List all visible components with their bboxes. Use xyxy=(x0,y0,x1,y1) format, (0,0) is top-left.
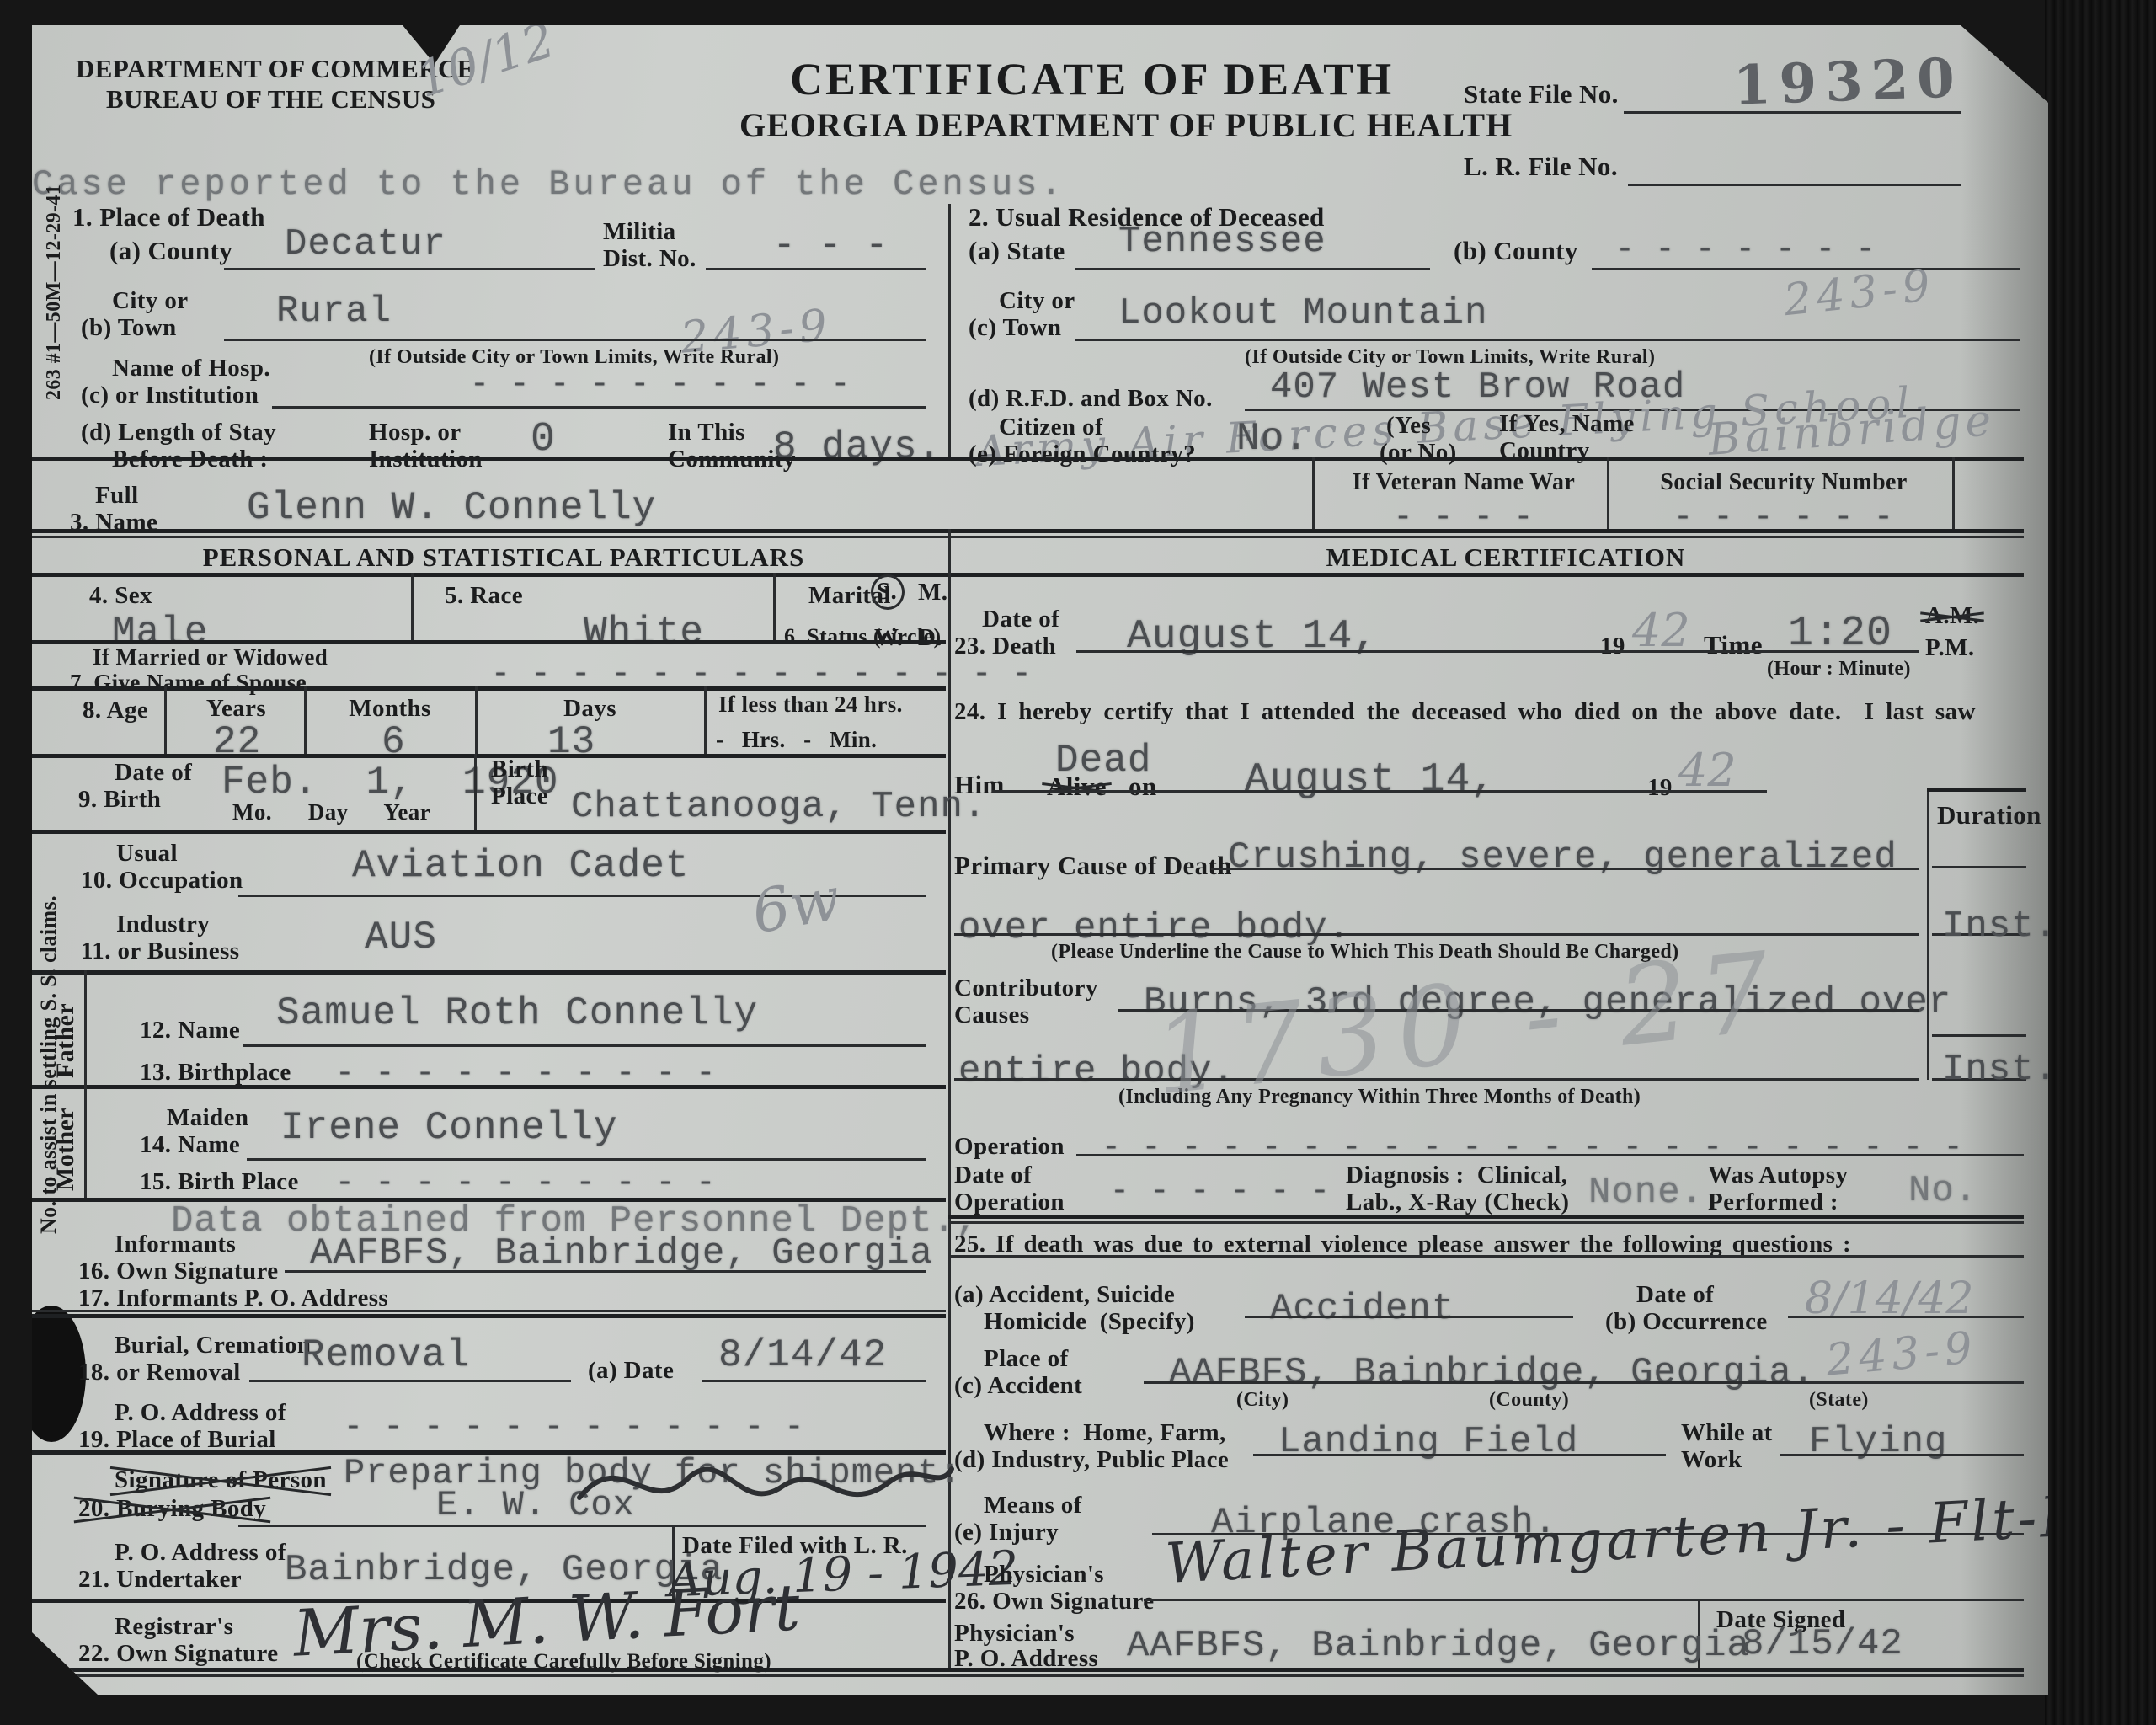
rule xyxy=(992,790,1767,793)
burial-address-label-1: P. O. Address of xyxy=(115,1400,286,1425)
hosp-label-2: (c) or Institution xyxy=(81,382,259,408)
rule xyxy=(32,830,946,834)
where-label-2: (d) Industry, Public Place xyxy=(954,1447,1229,1472)
county-sublabel: (County) xyxy=(1489,1390,1569,1411)
means-label-2: (e) Injury xyxy=(954,1519,1059,1545)
diagnosis-label-1: Diagnosis : Clinical, xyxy=(1346,1162,1567,1188)
rule xyxy=(32,1314,946,1318)
rule xyxy=(32,1668,2024,1672)
residence-county-label: (b) County xyxy=(1454,238,1578,265)
sex-label: 4. Sex xyxy=(89,583,152,608)
registrar-label-1: Registrar's xyxy=(115,1614,233,1639)
rule xyxy=(1075,268,1430,270)
pm-label: P.M. xyxy=(1925,635,1975,660)
mother-name-label-1: Maiden xyxy=(167,1105,248,1130)
industry-label-2: 11. or Business xyxy=(81,938,239,964)
less24-label: If less than 24 hrs. xyxy=(718,692,903,716)
spouse-label-2: 7. Give Name of Spouse xyxy=(70,670,307,694)
place-accident-label-2: (c) Accident xyxy=(954,1373,1082,1398)
rule xyxy=(304,686,307,754)
physician-addr-label-1: Physician's xyxy=(954,1621,1075,1646)
operation-date-value: - - - - - - xyxy=(1110,1176,1331,1208)
place-accident-pencil: 243-9 xyxy=(1824,1326,1979,1382)
state-file-number-stamp: 19320 xyxy=(1732,46,1964,117)
ssn-label: Social Security Number xyxy=(1615,470,1952,494)
operation-date-label-1: Date of xyxy=(954,1162,1032,1188)
rule xyxy=(948,1221,2024,1224)
age-label: 8. Age xyxy=(83,697,148,723)
father-side-label: Father xyxy=(52,1003,79,1078)
rule xyxy=(1253,1454,1666,1456)
rule xyxy=(84,970,87,1085)
father-birthplace-label: 13. Birthplace xyxy=(140,1060,291,1085)
stay-hosp-label-1: Hosp. or xyxy=(369,419,462,445)
medical-heading: MEDICAL CERTIFICATION xyxy=(1211,544,1801,572)
rule xyxy=(1075,339,2020,341)
militia-label-1: Militia xyxy=(603,219,676,244)
means-label-1: Means of xyxy=(984,1493,1082,1518)
time-label: Time xyxy=(1704,632,1763,660)
rule xyxy=(249,1380,571,1382)
punch-hole-shadow xyxy=(17,1306,86,1442)
rule xyxy=(32,457,2024,461)
rule xyxy=(1312,457,1315,532)
dod-year-value: 42 xyxy=(1632,608,1690,654)
while-at-label-2: Work xyxy=(1681,1447,1742,1472)
autopsy-label-1: Was Autopsy xyxy=(1708,1162,1848,1188)
lr-file-label: L. R. File No. xyxy=(1464,153,1618,181)
residence-town-label-2: (c) Town xyxy=(969,315,1061,340)
case-reported-note: Case reported to the Bureau of the Censu… xyxy=(32,167,1065,202)
industry-label-1: Industry xyxy=(116,911,210,937)
diagnosis-value: None. xyxy=(1588,1174,1704,1211)
occupation-value: Aviation Cadet xyxy=(352,846,689,885)
alive-label: Alive xyxy=(1047,773,1107,801)
burial-date-value: 8/14/42 xyxy=(718,1336,887,1375)
hosp-value: - - - - - - - - - - xyxy=(470,369,851,401)
rule xyxy=(224,268,595,270)
on-label: on xyxy=(1129,773,1157,801)
rule xyxy=(1927,788,1929,1080)
rule xyxy=(285,1270,926,1273)
occurrence-label-1: Date of xyxy=(1636,1282,1714,1307)
place-of-death-heading: 1. Place of Death xyxy=(72,204,265,232)
residence-town-pencil: 243-9 xyxy=(1782,264,1937,323)
rule xyxy=(1927,788,2026,792)
lastsaw-value: August 14, xyxy=(1245,760,1496,800)
rule xyxy=(243,1044,926,1047)
rule xyxy=(474,754,477,830)
stay-hosp-value: 0 xyxy=(531,419,556,460)
rule xyxy=(32,529,2024,533)
physician-sig-label-2: 26. Own Signature xyxy=(954,1589,1155,1614)
state-sublabel: (State) xyxy=(1809,1390,1869,1411)
burysig-label-2: 20. Burying Body xyxy=(78,1496,266,1521)
occurrence-date-value: 8/14/42 xyxy=(1805,1277,1973,1321)
burial-label-1: Burial, Cremation xyxy=(115,1332,311,1358)
accident-label-1: (a) Accident, Suicide xyxy=(954,1282,1175,1307)
residence-town-label-1: City or xyxy=(999,288,1075,313)
burial-value: Removal xyxy=(302,1336,470,1375)
dod-label-1: Date of xyxy=(982,606,1059,632)
militia-value: - - - xyxy=(773,227,889,264)
personal-heading: PERSONAL AND STATISTICAL PARTICULARS xyxy=(83,544,925,572)
city-sublabel: (City) xyxy=(1236,1390,1289,1411)
rule xyxy=(1211,868,1919,870)
rule xyxy=(1076,1154,2024,1156)
stay-comm-value: 8 days. xyxy=(773,428,942,467)
scanned-death-certificate: { "header": { "dept1": "DEPARTMENT OF CO… xyxy=(0,0,2156,1725)
rule xyxy=(84,1085,87,1198)
duration-label: Duration xyxy=(1937,802,2041,830)
rule xyxy=(247,1158,926,1161)
operation-label: Operation xyxy=(954,1134,1065,1159)
residence-town-note: (If Outside City or Town Limits, Write R… xyxy=(1245,347,1655,368)
county-value: Decatur xyxy=(285,226,446,263)
time-value: 1:20 xyxy=(1788,613,1892,655)
rule xyxy=(1780,1454,2024,1456)
fullname-label-1: Full xyxy=(95,483,139,508)
status-widowed: W. xyxy=(874,625,903,650)
him-label: Him xyxy=(954,772,1005,799)
occurrence-label-2: (b) Occurrence xyxy=(1605,1309,1768,1334)
am-label: A.M. xyxy=(1925,603,1979,628)
lastsaw-year-value: 42 xyxy=(1678,748,1737,793)
father-name-value: Samuel Roth Connelly xyxy=(276,994,758,1033)
town-note: (If Outside City or Town Limits, Write R… xyxy=(369,347,779,368)
rule xyxy=(411,573,414,640)
hour-minute-note: (Hour : Minute) xyxy=(1767,659,1911,680)
informant-address-label: 17. Informants P. O. Address xyxy=(78,1285,388,1311)
race-value: White xyxy=(584,613,704,652)
primary-cause-label: Primary Cause of Death xyxy=(954,852,1232,880)
militia-label-2: Dist. No. xyxy=(603,246,696,271)
mother-birthplace-label: 15. Birth Place xyxy=(140,1169,299,1194)
citizen-label-2: (e) Foreign Country? xyxy=(969,441,1196,467)
rule xyxy=(1952,457,1955,532)
hosp-label-1: Name of Hosp. xyxy=(112,355,270,381)
certify-statement: 24. I hereby certify that I attended the… xyxy=(954,699,1976,724)
rule xyxy=(1592,268,2020,270)
status-married: M. xyxy=(918,579,947,605)
dept-line2: BUREAU OF THE CENSUS xyxy=(106,86,435,114)
rule xyxy=(238,1525,926,1527)
rule xyxy=(475,686,478,754)
lastsaw-year-prefix: 19 xyxy=(1647,775,1673,800)
registrar-label-2: 22. Own Signature xyxy=(78,1641,279,1666)
rule xyxy=(1932,866,2026,868)
place-accident-label-1: Place of xyxy=(984,1346,1069,1371)
form-stock-code: 263 #1—50M—12-29-41 xyxy=(44,184,65,400)
undertaker-label-2: 21. Undertaker xyxy=(78,1567,242,1592)
industry-value: AUS xyxy=(365,918,437,957)
rule xyxy=(32,573,2024,577)
dod-label-2: 23. Death xyxy=(954,633,1056,659)
rule xyxy=(164,686,167,754)
rule xyxy=(1144,1599,2024,1601)
rule xyxy=(32,1085,946,1089)
rule xyxy=(1628,184,1961,186)
physician-sig-label-1: Physician's xyxy=(984,1562,1104,1587)
dob-sublabels: Mo. Day Year xyxy=(232,800,430,824)
residence-state-label: (a) State xyxy=(969,238,1065,265)
town-label-1: City or xyxy=(112,288,189,313)
where-label-1: Where : Home, Farm, xyxy=(984,1420,1226,1445)
rule xyxy=(32,536,2024,538)
hrs-min-value: - Hrs. - Min. xyxy=(716,728,877,751)
autopsy-value: No. xyxy=(1908,1172,1977,1210)
certificate-subtitle: GEORGIA DEPARTMENT OF PUBLIC HEALTH xyxy=(739,108,1430,143)
yesno-label-1: (Yes xyxy=(1386,413,1431,438)
stay-comm-label-1: In This xyxy=(668,419,745,445)
certificate-paper: DEPARTMENT OF COMMERCE BUREAU OF THE CEN… xyxy=(32,25,2048,1695)
rule xyxy=(32,970,946,975)
rfd-label: (d) R.F.D. and Box No. xyxy=(969,386,1213,411)
informant-value: AAFBFS, Bainbridge, Georgia xyxy=(310,1235,933,1272)
days-label: Days xyxy=(483,696,697,721)
contributory-duration-value: Inst. xyxy=(1942,1051,2057,1088)
primary-duration-value: Inst. xyxy=(1942,908,2057,945)
fullname-value: Glenn W. Connelly xyxy=(247,489,656,527)
rule xyxy=(1607,457,1609,532)
spouse-label-1: If Married or Widowed xyxy=(93,645,328,669)
diagnosis-label-2: Lab., X-Ray (Check) xyxy=(1346,1189,1569,1215)
county-label: (a) County xyxy=(109,238,232,265)
citizen-label-1: Citizen of xyxy=(999,414,1103,440)
race-label: 5. Race xyxy=(445,583,523,608)
informant-label-1: Informants xyxy=(115,1231,236,1257)
book-binding xyxy=(2045,0,2156,1725)
rule xyxy=(1788,1316,2024,1318)
autopsy-label-2: Performed : xyxy=(1708,1189,1838,1215)
years-label: Years xyxy=(171,696,302,721)
accident-label-2: Homicide (Specify) xyxy=(984,1309,1195,1334)
mother-side-label: Mother xyxy=(52,1108,79,1191)
operation-date-label-2: Operation xyxy=(954,1189,1065,1215)
while-at-label-1: While at xyxy=(1681,1420,1773,1445)
burysig-label-1: Signature of Person xyxy=(115,1467,327,1493)
contributory-label-2: Causes xyxy=(954,1002,1029,1028)
rule xyxy=(32,1310,946,1312)
dob-label-2: 9. Birth xyxy=(78,787,161,812)
state-file-label: State File No. xyxy=(1464,81,1619,109)
primary-cause-line1: Crushing, severe, generalized xyxy=(1228,839,1897,876)
industry-pencil-note: 6w xyxy=(748,868,845,942)
dod-year-prefix: 19 xyxy=(1600,633,1625,659)
paper-edge-shadow xyxy=(1961,25,2048,1695)
rule xyxy=(702,1380,926,1382)
residence-town-value: Lookout Mountain xyxy=(1118,295,1487,332)
rule xyxy=(704,686,707,754)
rule xyxy=(1245,1316,1573,1318)
months-label: Months xyxy=(310,696,470,721)
birthplace-label-2: Place xyxy=(491,783,548,809)
rule xyxy=(948,1215,2024,1219)
undertaker-label-1: P. O. Address of xyxy=(115,1540,286,1565)
stay-label-1: (d) Length of Stay xyxy=(81,419,276,445)
yesno-label-2: (or No) xyxy=(1380,440,1457,465)
date-signed-value: 8/15/42 xyxy=(1742,1626,1903,1663)
rule xyxy=(1076,650,1919,653)
dob-label-1: Date of xyxy=(115,760,192,785)
mother-birthplace-value: - - - - - - - - - - xyxy=(335,1167,716,1199)
operation-value: - - - - - - - - - - - - - - - - - - - - … xyxy=(1102,1132,1964,1164)
ink-signature-scrawl xyxy=(571,1439,958,1523)
rule xyxy=(32,1674,2024,1677)
rule xyxy=(1144,1381,2024,1384)
informant-label-2: 16. Own Signature xyxy=(78,1258,279,1284)
father-name-label: 12. Name xyxy=(140,1017,240,1043)
burial-label-2: 18. or Removal xyxy=(78,1359,241,1385)
rule xyxy=(32,686,946,691)
rule xyxy=(32,754,946,758)
rule xyxy=(224,339,926,341)
place-accident-value: AAFBFS, Bainbridge, Georgia. xyxy=(1169,1354,1815,1391)
residence-county-value: - - - - - - - xyxy=(1615,234,1876,266)
rule xyxy=(773,573,776,640)
veteran-war-label: If Veteran Name War xyxy=(1321,470,1607,494)
mother-name-label-2: 14. Name xyxy=(140,1132,240,1157)
certificate-title: CERTIFICATE OF DEATH xyxy=(790,56,1380,104)
burial-date-label: (a) Date xyxy=(588,1358,674,1383)
town-value: Rural xyxy=(276,293,392,330)
status-single: S. xyxy=(871,574,905,610)
contributory-label-1: Contributory xyxy=(954,975,1098,1001)
birthplace-label-1: Birth xyxy=(491,756,548,782)
accident-value: Accident xyxy=(1270,1290,1454,1327)
town-label-2: (b) Town xyxy=(81,315,177,340)
external-violence-question: 25. If death was due to external violenc… xyxy=(954,1231,1851,1257)
residence-state-value: Tennessee xyxy=(1118,223,1326,260)
occupation-label-1: Usual xyxy=(116,841,178,866)
burial-address-label-2: 19. Place of Burial xyxy=(78,1427,276,1452)
birthplace-value: Chattanooga, Tenn. xyxy=(571,788,986,825)
physician-addr-value: AAFBFS, Bainbridge, Georgia xyxy=(1127,1627,1750,1664)
rule xyxy=(1932,1034,2026,1037)
occupation-label-2: 10. Occupation xyxy=(81,868,243,893)
citizen-value: No. xyxy=(1236,419,1309,458)
rule xyxy=(272,406,926,409)
rule xyxy=(706,268,926,270)
mother-name-value: Irene Connelly xyxy=(280,1108,617,1147)
status-divorced: D. xyxy=(918,625,942,650)
rule xyxy=(948,1255,2024,1258)
ifyes-label-1: If Yes, Name xyxy=(1499,411,1635,436)
rule xyxy=(948,204,951,457)
